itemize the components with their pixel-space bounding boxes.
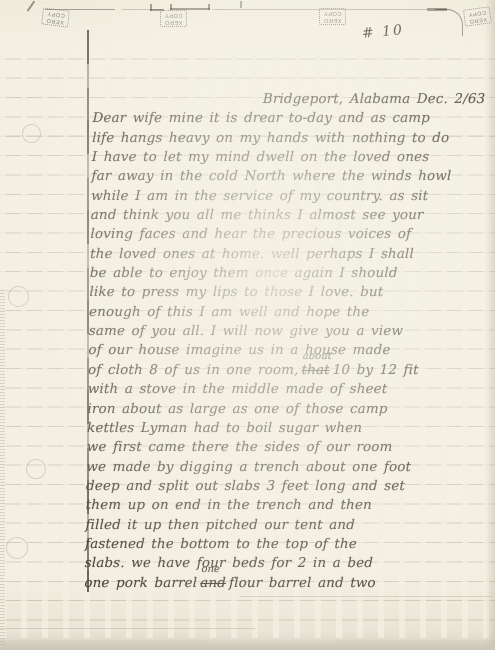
letter-line: we made by digging a trench about one fo… bbox=[86, 458, 442, 477]
letter-line: and think you all me thinks I almost see… bbox=[91, 206, 447, 225]
paper-corner-curve bbox=[435, 9, 463, 36]
inserted-word: about bbox=[303, 352, 332, 362]
xero-copy-stamp-text: XERO bbox=[320, 16, 345, 23]
punch-hole bbox=[8, 286, 29, 307]
xero-copy-stamp-text: XERO bbox=[161, 18, 186, 25]
punch-hole bbox=[26, 459, 46, 479]
letter-line: them up on end in the trench and then bbox=[86, 496, 442, 515]
letter-line: of our house imagine us in a house made bbox=[88, 341, 444, 360]
letter-line: Dear wife mine it is drear to-day and as… bbox=[92, 109, 448, 128]
letter-line: far away in the cold North where the win… bbox=[91, 167, 447, 186]
letter-line-with-correction: of cloth 8 of us in one room,aboutthat10… bbox=[88, 361, 444, 380]
scan-edge-text-strip bbox=[0, 290, 5, 646]
letter-line: kettles Lyman had to boil sugar when bbox=[87, 419, 443, 438]
paper-edge-tick bbox=[240, 1, 242, 8]
xero-copy-stamp-text: COPY bbox=[320, 9, 345, 16]
photocopied-letter-page: XERO COPY XERO COPY XERO COPY XERO COPY … bbox=[0, 0, 495, 650]
correction: aboutthat bbox=[301, 361, 330, 380]
bottom-rule bbox=[0, 628, 255, 629]
letter-line: slabs. we have four beds for 2 in a bed bbox=[85, 554, 441, 573]
letter-line: be able to enjoy them once again I shoul… bbox=[90, 264, 446, 283]
letter-line-text: flour barrel and two bbox=[229, 576, 376, 591]
bottom-rule bbox=[240, 596, 492, 597]
letter-line: fastened the bottom to the top of the bbox=[85, 535, 441, 554]
letter-line: iron about as large as one of those camp bbox=[87, 400, 443, 419]
scan-bottom-edge bbox=[0, 640, 495, 650]
letter-line: we first came there the sides of our roo… bbox=[87, 438, 443, 457]
letter-line: like to press my lips to those I love. b… bbox=[89, 283, 445, 302]
xero-copy-stamp: XERO COPY bbox=[319, 8, 346, 25]
punch-hole bbox=[6, 537, 28, 559]
letter-dateline: Bridgeport, Alabama Dec. 2/63 bbox=[263, 90, 449, 109]
xero-copy-stamp: XERO COPY bbox=[160, 10, 187, 27]
correction: oneand bbox=[200, 574, 226, 593]
struck-word: that bbox=[301, 363, 329, 378]
letter-line: deep and split out slabs 3 feet long and… bbox=[86, 477, 442, 496]
paper-edge-tick bbox=[208, 4, 210, 10]
inserted-word: one bbox=[201, 565, 220, 575]
letter-line: the loved ones at home. well perhaps I s… bbox=[90, 245, 446, 264]
letter-line: enough of this I am well and hope the bbox=[89, 303, 445, 322]
letter-line-text: one pork barrel bbox=[84, 576, 197, 591]
scan-right-edge bbox=[485, 0, 495, 650]
letter-line: while I am in the service of my country.… bbox=[91, 187, 447, 206]
letter-line: filled it up then pitched our tent and bbox=[85, 516, 441, 535]
letter-line: I have to let my mind dwell on the loved… bbox=[92, 148, 448, 167]
xero-copy-stamp-text: COPY bbox=[161, 11, 186, 18]
letter-line: loving faces and hear the precious voice… bbox=[90, 225, 446, 244]
letter-line: with a stove in the middle made of sheet bbox=[88, 380, 444, 399]
letter-line-with-correction: one pork barreloneandflour barrel and tw… bbox=[84, 574, 440, 593]
letter-line: life hangs heavy on my hands with nothin… bbox=[92, 129, 448, 148]
paper-edge-mark bbox=[27, 1, 35, 12]
letter-line-text: of cloth 8 of us in one room, bbox=[88, 363, 299, 378]
punch-hole bbox=[22, 124, 41, 143]
struck-word: and bbox=[200, 576, 226, 591]
xero-copy-stamp: XERO COPY bbox=[41, 7, 70, 27]
page-number-annotation: # 10 bbox=[361, 22, 404, 42]
letter-body: Bridgeport, Alabama Dec. 2/63 Dear wife … bbox=[84, 90, 449, 593]
letter-line-text: 10 by 12 fit bbox=[333, 363, 419, 378]
letter-line: same of you all. I will now give you a v… bbox=[89, 322, 445, 341]
